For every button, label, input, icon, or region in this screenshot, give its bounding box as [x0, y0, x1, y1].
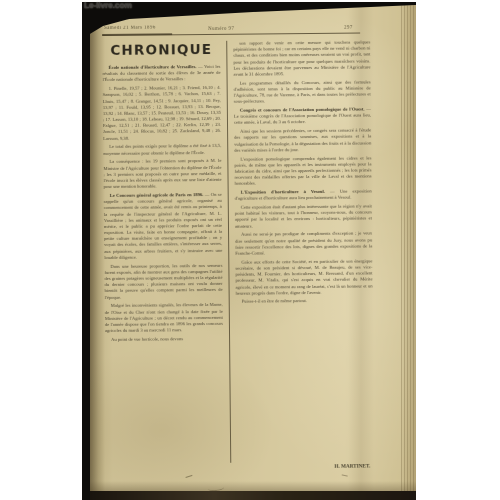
paragraph-text: Au point de vue horticole, nous devons [111, 336, 183, 342]
paragraph: Congrès et concours de l'Association pom… [234, 106, 371, 126]
paragraph: Grâce aux efforts de cette Société, et e… [235, 258, 372, 296]
right-column-paragraphs: son rapport de venir en cette mesure qui… [233, 39, 374, 462]
masthead-issue: Numéro 97 [208, 27, 234, 32]
pencil-mark [342, 471, 349, 476]
page-title: CHRONIQUE [102, 42, 220, 58]
paragraph-text: Ainsi que les sessions précédentes, ce c… [234, 128, 371, 153]
paragraph-text: L'exposition pomologique comprendra égal… [234, 155, 371, 186]
paragraph: Puisse-t-il en être de même partout. [236, 298, 373, 306]
paragraph: son rapport de venir en cette mesure qui… [233, 39, 370, 77]
paragraph: Malgré les inconvénients signalés, les é… [105, 302, 223, 334]
paragraph: Aussi ne serai-je pas prodigue de compli… [235, 231, 372, 257]
paragraph: Les programmes détaillés du Concours, ai… [234, 79, 371, 105]
paragraph-text: Les programmes détaillés du Concours, ai… [234, 79, 371, 104]
paragraph: L'Exposition d'horticulture à Vesoul.— U… [235, 189, 372, 203]
paragraph: Cette exposition était d'autant plus int… [235, 203, 372, 229]
page-paper: Samedi 21 Mars 1896 Numéro 97 297 CHRONI… [90, 2, 416, 500]
paragraph-text: Puisse-t-il en être de même partout. [242, 299, 307, 305]
paragraph: Le Concours général agricole de Paris en… [104, 192, 223, 261]
author-signature: H. MARTINET. [237, 461, 374, 476]
paragraph-text: Dans une heureuse proportion, les outils… [104, 262, 222, 299]
paragraph-text: — On se rappelle qu'un concours général … [104, 192, 223, 260]
paragraph: Dans une heureuse proportion, les outils… [104, 262, 222, 300]
paragraph-text: Le total des points exigés pour le diplô… [103, 143, 221, 155]
right-column: son rapport de venir en cette mesure qui… [233, 39, 374, 476]
paragraph-lead: Le Concours général agricole de Paris en… [110, 192, 205, 198]
paragraph: Au point de vue horticole, nous devons [105, 336, 223, 343]
two-column-body: CHRONIQUE École nationale d'Horticulture… [102, 39, 374, 478]
scanned-page-photo: Samedi 21 Mars 1896 Numéro 97 297 CHRONI… [82, 2, 416, 500]
paragraph-text: La conséquence : les 19 premiers sont pr… [103, 158, 221, 189]
paragraph-text: Malgré les inconvénients signalés, les é… [105, 302, 223, 333]
paragraph-text: Grâce aux efforts de cette Société, et e… [235, 258, 372, 295]
paragraph: École nationale d'Horticulture de Versai… [102, 64, 220, 84]
paragraph-lead: L'Exposition d'horticulture à Vesoul. [241, 189, 330, 195]
paragraph: 1. Pinelle, 19,57 ; 2. Mounier, 16,21 ; … [103, 85, 222, 142]
paragraph-text: 1. Pinelle, 19,57 ; 2. Mounier, 16,21 ; … [103, 85, 221, 141]
page-right-edge [401, 2, 416, 500]
paragraph: Le total des points exigés pour le diplô… [103, 143, 221, 157]
masthead: Samedi 21 Mars 1896 Numéro 97 297 [102, 17, 370, 36]
paragraph-text: Aussi ne serai-je pas prodigue de compli… [235, 231, 372, 256]
paragraph-text: Cette exposition était d'autant plus int… [235, 203, 372, 228]
paragraph: L'exposition pomologique comprendra égal… [234, 155, 371, 187]
paragraph-lead: Congrès et concours de l'Association pom… [240, 107, 366, 113]
paragraph: Ainsi que les sessions précédentes, ce c… [234, 128, 371, 154]
printed-content: Samedi 21 Mars 1896 Numéro 97 297 CHRONI… [102, 17, 374, 478]
left-column: CHRONIQUE École nationale d'Horticulture… [102, 41, 224, 478]
seller-watermark: Le-livre.com [84, 0, 132, 10]
bottom-edge-band [90, 491, 416, 500]
paragraph: La conséquence : les 19 premiers sont pr… [103, 158, 221, 190]
masthead-date: Samedi 21 Mars 1896 [104, 25, 156, 30]
masthead-page-number: 297 [344, 26, 353, 31]
paragraph-lead: École nationale d'Horticulture de Versai… [108, 64, 198, 70]
paragraph-text: son rapport de venir en cette mesure qui… [233, 39, 370, 76]
